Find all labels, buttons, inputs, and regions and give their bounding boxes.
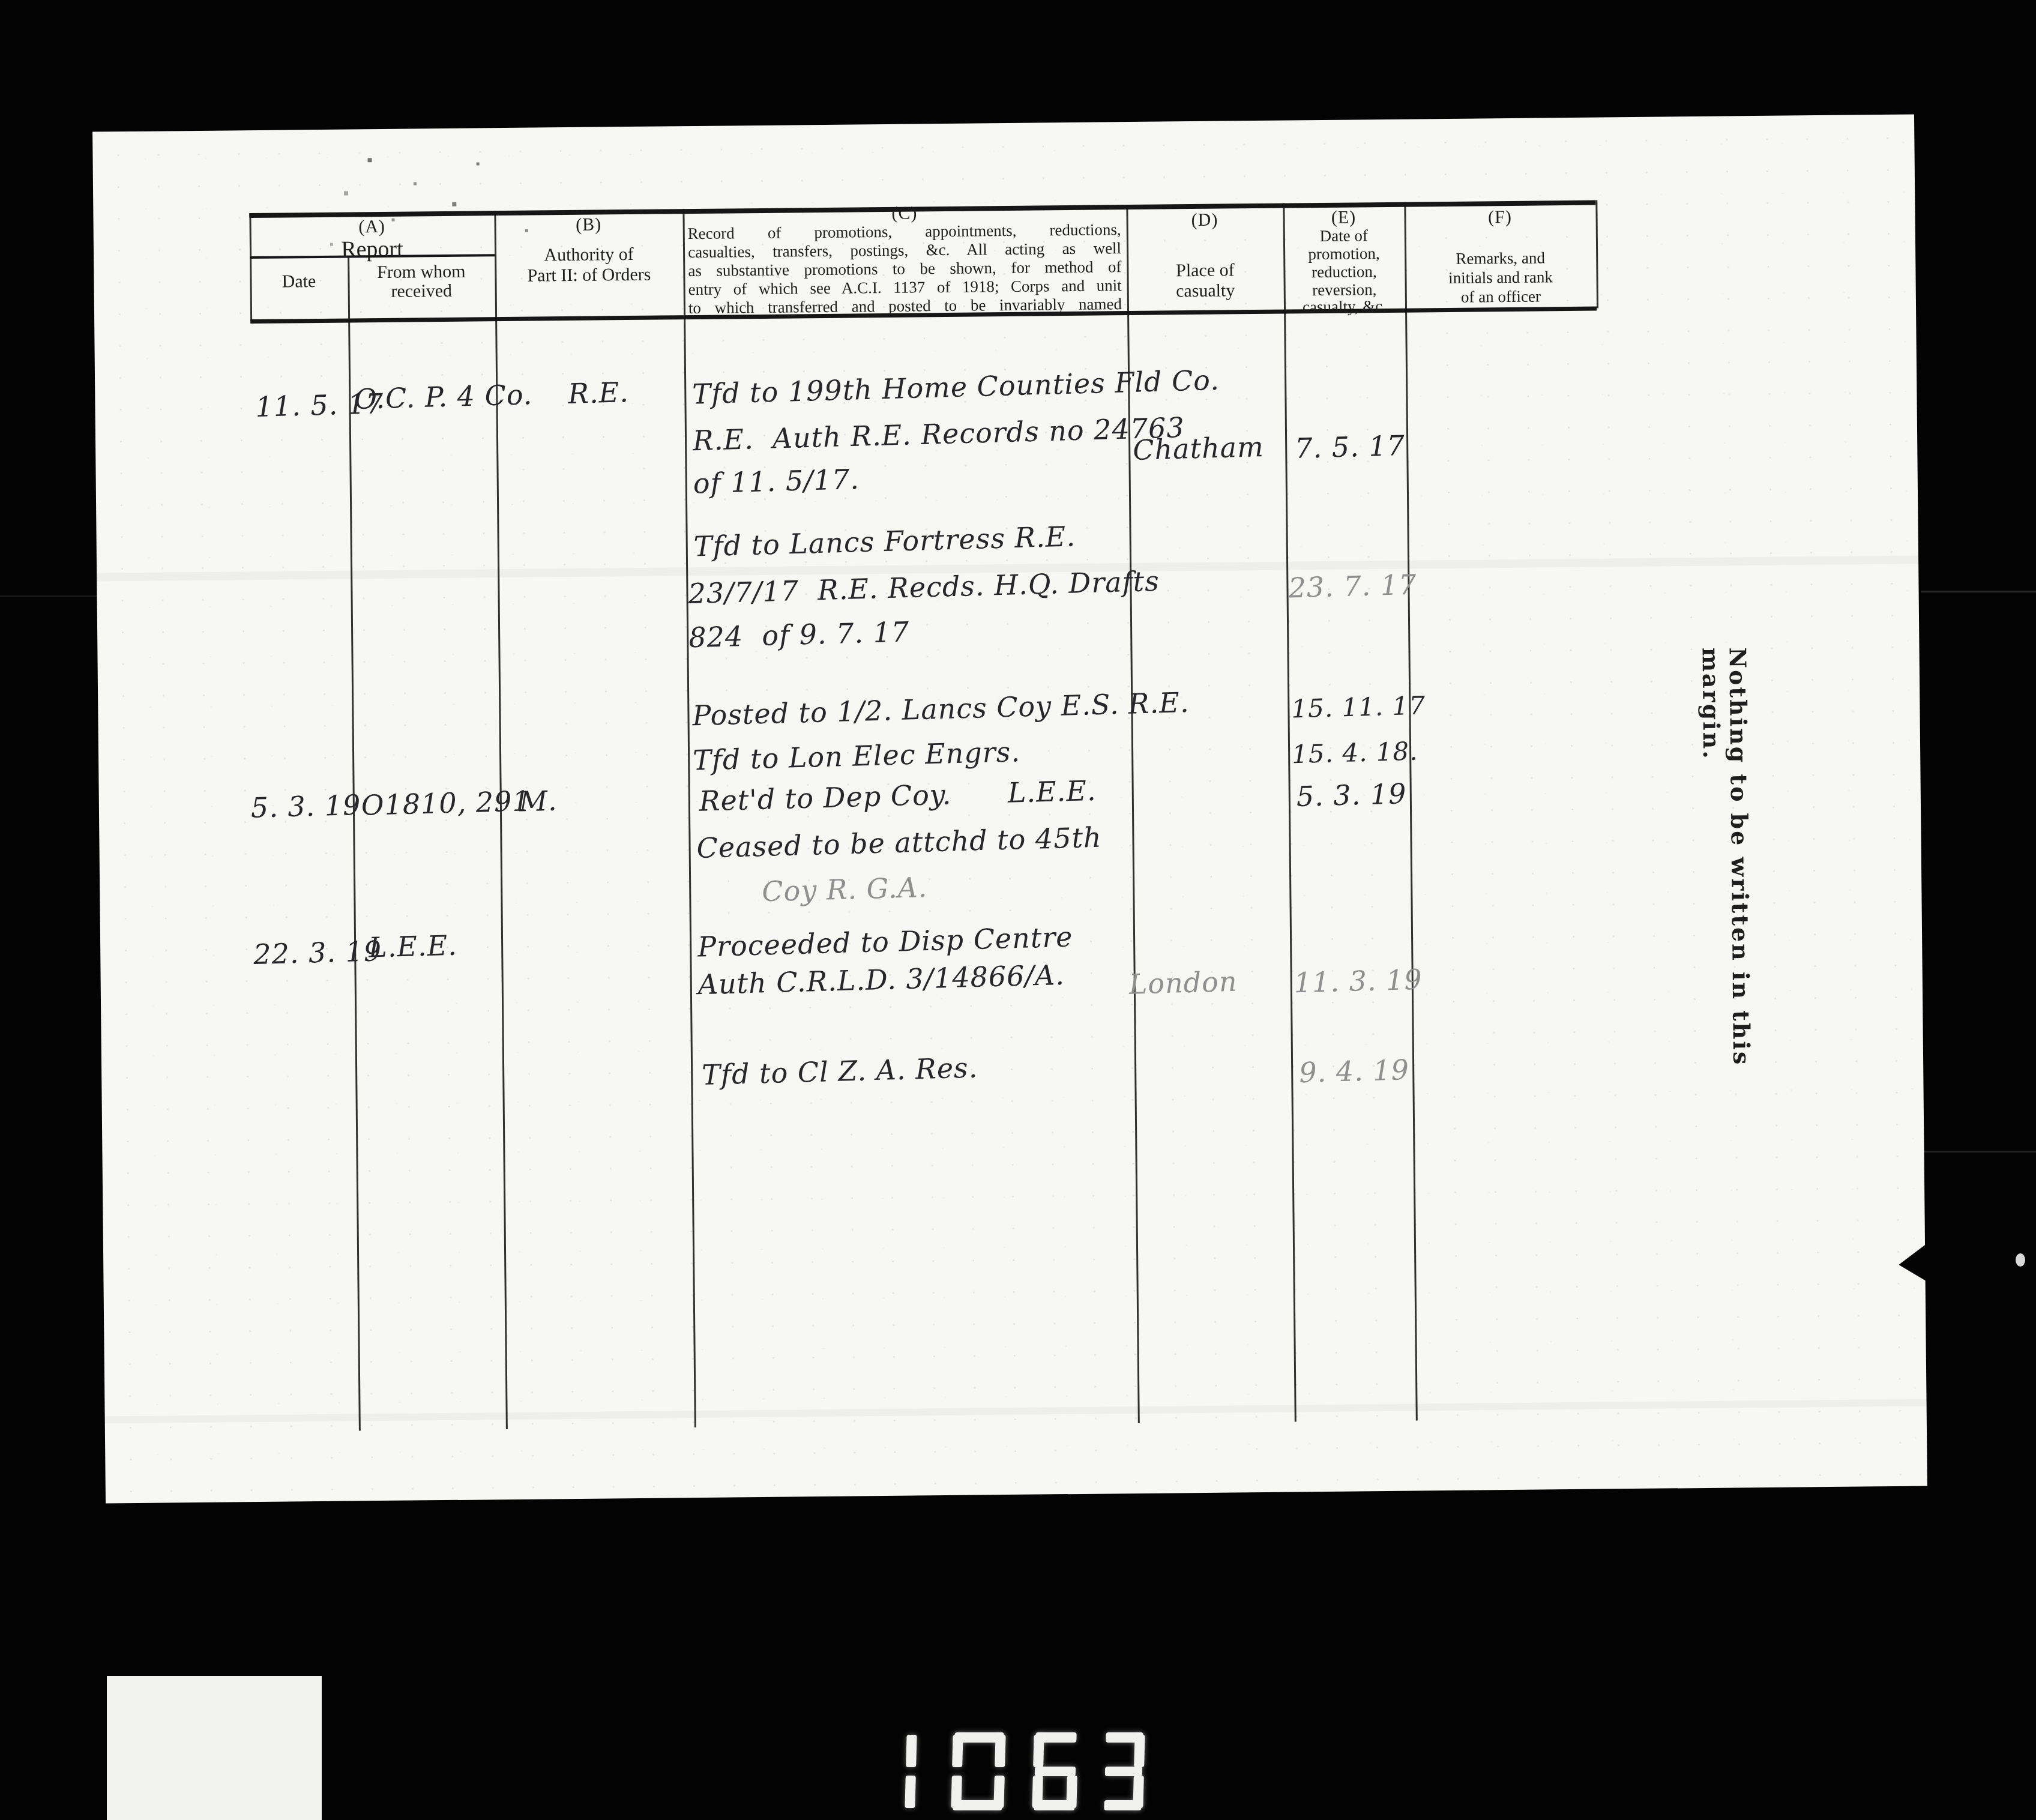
entry-from-whom: O.C. P. 4 Co.	[354, 378, 533, 415]
record-line: Tfd to 199th Home Counties Fld Co.	[692, 364, 1220, 411]
divider-date-from	[348, 257, 361, 1431]
divider-d-e	[1283, 203, 1296, 1422]
entry-event-date: 9. 4. 19	[1299, 1053, 1410, 1089]
record-line: R.E. Auth R.E. Records no 24763	[692, 411, 1185, 457]
film-scratch	[0, 595, 101, 597]
entry-event-date: 23. 7. 17	[1288, 568, 1417, 604]
segment	[995, 1735, 1005, 1767]
entry-event-date: 7. 5. 17	[1295, 429, 1406, 465]
segment	[1035, 1767, 1076, 1776]
film-dust	[2016, 1253, 2025, 1267]
entry-date: 5. 3. 19	[250, 789, 361, 824]
col-d-line1: Place of	[1127, 260, 1283, 282]
scan-smudge	[105, 1399, 1927, 1423]
film-scratch	[1921, 591, 2036, 592]
col-e-line: promotion,	[1283, 244, 1405, 264]
segment	[906, 1735, 917, 1767]
col-f-line: Remarks, and	[1405, 249, 1596, 269]
entry-from-whom: O1810, 291	[361, 785, 531, 822]
entry-place: London	[1128, 965, 1238, 1001]
col-f-line: initials and rank	[1405, 268, 1596, 288]
col-a-sub-date: Date	[250, 271, 348, 293]
col-e-line: casualty, &c.	[1284, 297, 1405, 317]
col-f-line: of an officer	[1405, 287, 1597, 307]
segment	[951, 1776, 962, 1808]
col-f-tag: (F)	[1404, 206, 1595, 229]
segment	[1033, 1735, 1044, 1767]
record-line: Proceeded to Disp Centre	[697, 921, 1074, 963]
segment	[952, 1735, 963, 1767]
col-d-tag: (D)	[1126, 209, 1283, 232]
segment	[1104, 1800, 1141, 1810]
col-e-tag: (E)	[1283, 207, 1404, 229]
record-line: Ceased to be attchd to 45th	[696, 821, 1102, 864]
film-scratch	[1909, 1151, 2036, 1153]
col-b-tag: (B)	[494, 214, 682, 236]
record-line: Tfd to Lon Elec Engrs.	[693, 735, 1021, 777]
entry-event-date: 15. 4. 18.	[1292, 737, 1419, 770]
margin-note: Nothing to be written in this margin.	[1697, 647, 1756, 1176]
record-line: 824 of 9. 7. 17	[688, 615, 910, 654]
col-a-sub-from-2: received	[348, 280, 495, 302]
segment	[1134, 1735, 1145, 1767]
entry-event-date: 11. 3. 19	[1294, 963, 1423, 999]
frame-counter	[0, 1732, 2036, 1812]
segment	[1032, 1776, 1043, 1808]
document-page: (A) Report Date From whom received (B) A…	[92, 114, 1927, 1503]
record-line: of 11. 5/17.	[693, 463, 860, 499]
frame-counter-digit	[951, 1732, 1005, 1810]
record-line: Ret'd to Dep Coy. L.E.E.	[699, 774, 1097, 818]
col-d-line2: casualty	[1127, 280, 1284, 303]
segment	[1105, 1767, 1142, 1776]
record-line: Tfd to Cl Z. A. Res.	[702, 1052, 978, 1091]
divider-e-f	[1404, 202, 1417, 1421]
entry-date: 22. 3. 19	[253, 935, 382, 971]
frame-counter-digit	[1102, 1732, 1145, 1810]
entry-event-date: 15. 11. 17	[1291, 690, 1426, 723]
col-a-sub-from-1: From whom	[348, 261, 495, 283]
entry-authority: M.	[519, 785, 558, 818]
segment	[905, 1776, 915, 1808]
entry-event-date: 5. 3. 19	[1296, 777, 1407, 813]
col-b-line2: Part II: of Orders	[495, 264, 683, 286]
entry-authority: R.E.	[568, 376, 630, 410]
frame-counter-digit	[1032, 1732, 1078, 1810]
col-a-title: Report	[250, 235, 495, 264]
col-e-line: reduction,	[1283, 262, 1405, 282]
record-line: Tfd to Lancs Fortress R.E.	[693, 520, 1076, 562]
ink-specks	[273, 148, 274, 150]
entry-place: Chatham	[1133, 430, 1265, 466]
frame-counter-digit	[899, 1732, 917, 1810]
paper-notch	[1899, 1244, 1927, 1281]
record-line: Posted to 1/2. Lancs Coy E.S. R.E.	[692, 686, 1190, 732]
record-line: Coy R. G.A.	[762, 871, 928, 908]
entry-from-whom: L.E.E.	[368, 929, 457, 964]
col-e-line: Date of	[1283, 226, 1405, 246]
col-b-line1: Authority of	[495, 244, 683, 266]
record-line: Auth C.R.L.D. 3/14866/A.	[697, 959, 1065, 1001]
microfilm-frame: (A) Report Date From whom received (B) A…	[0, 0, 2036, 1820]
